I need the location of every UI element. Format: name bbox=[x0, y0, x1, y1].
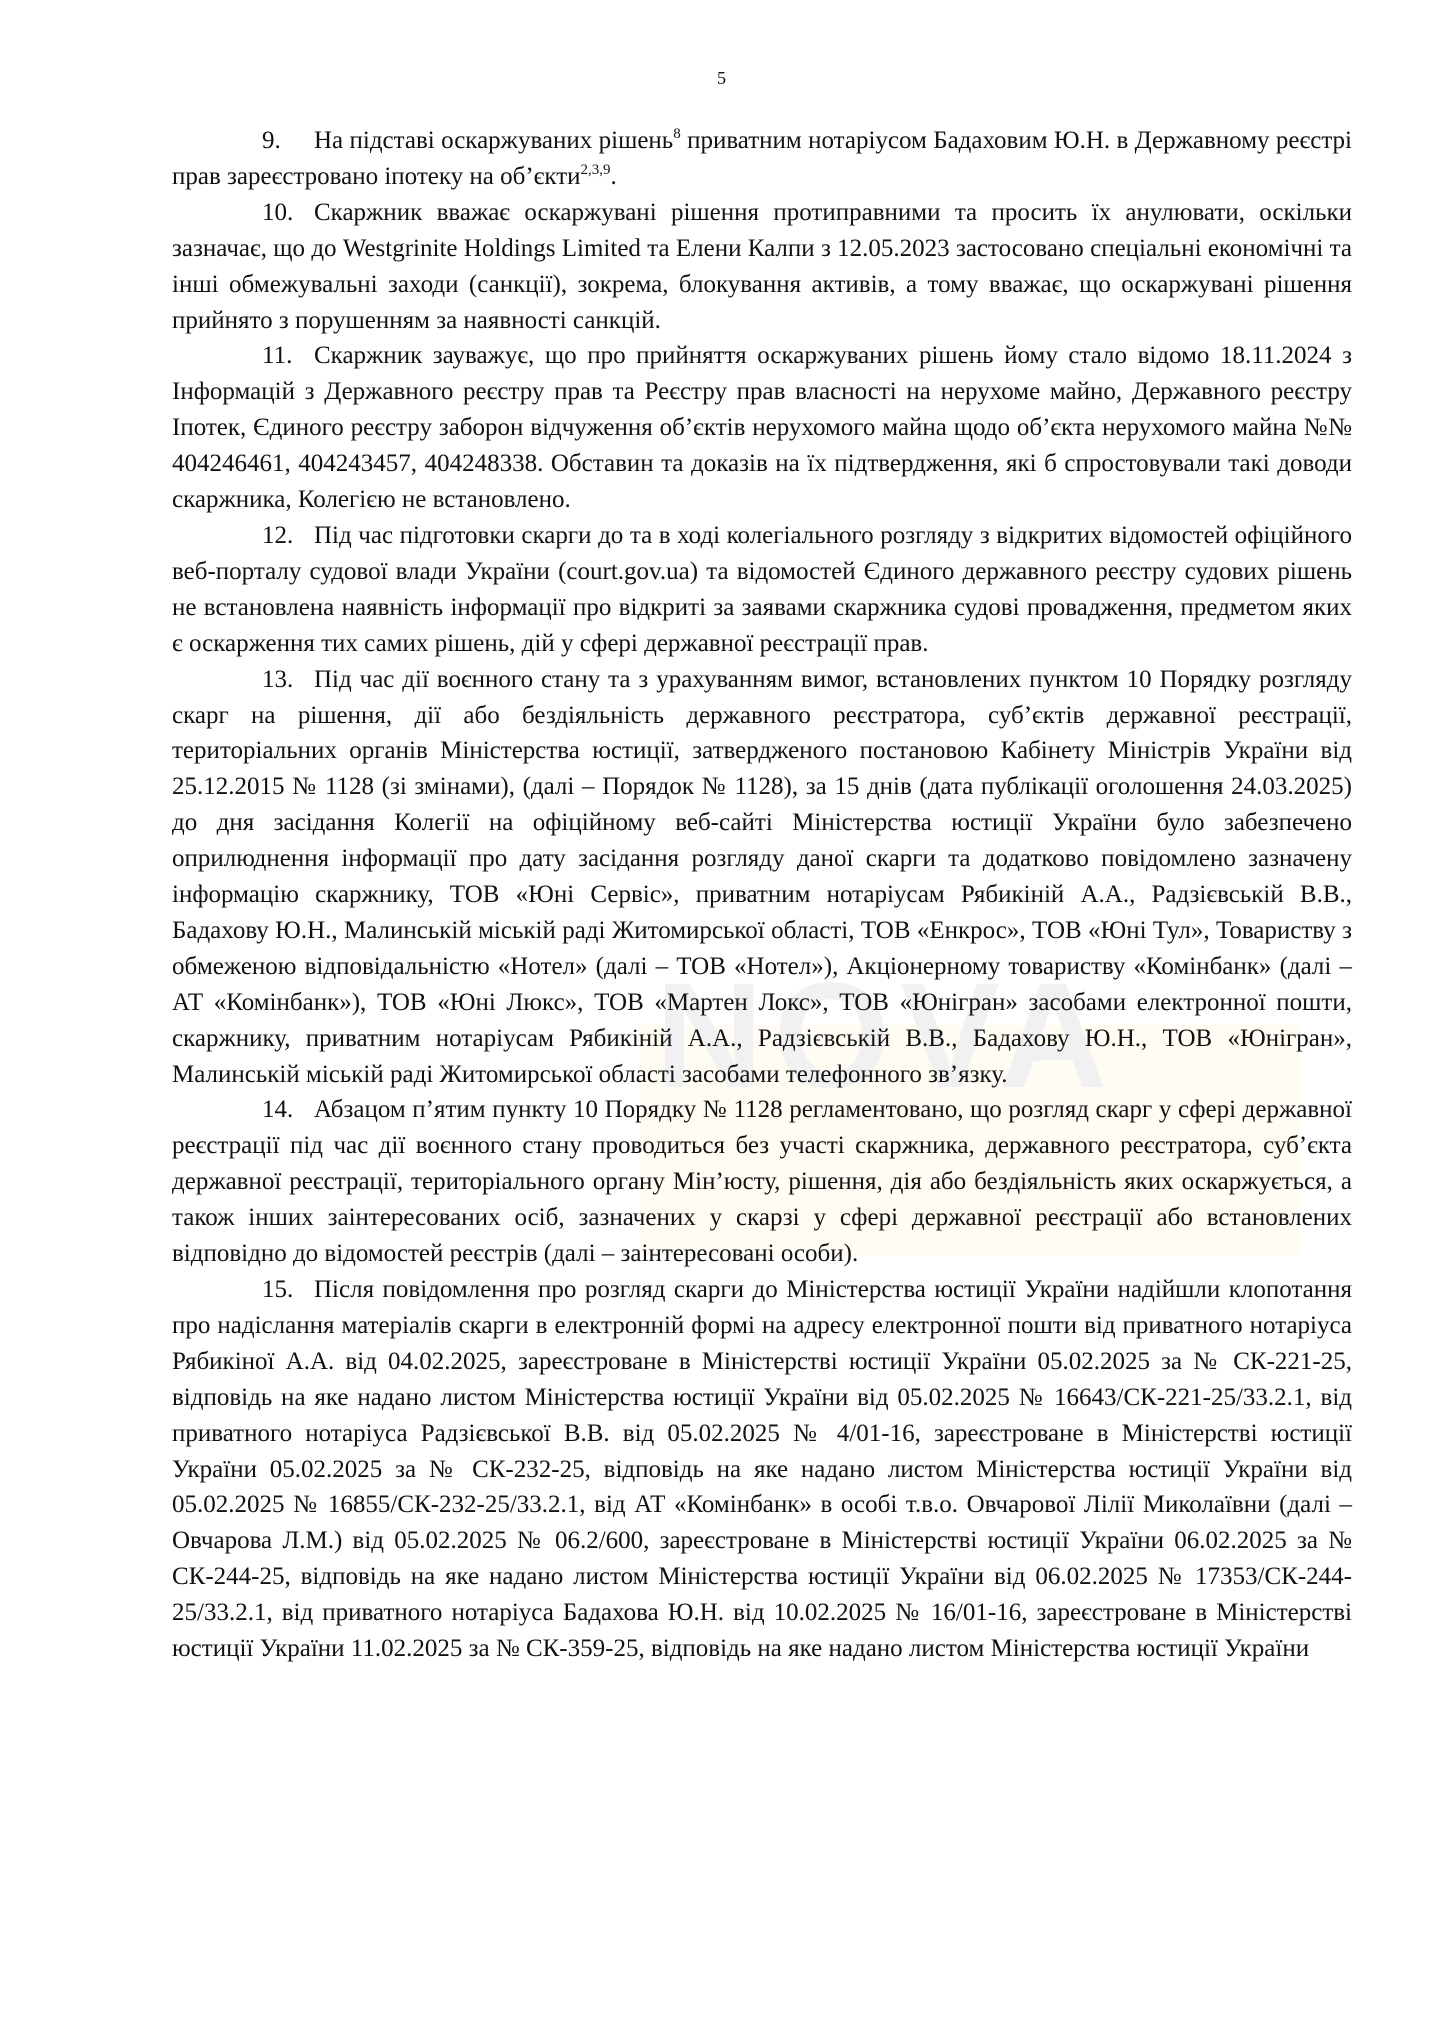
paragraph-number: 9. bbox=[262, 123, 314, 159]
page-number: 5 bbox=[0, 68, 1443, 89]
paragraph-text: . bbox=[611, 163, 617, 190]
paragraph-9: 9.На підставі оскаржуваних рішень8 прива… bbox=[172, 123, 1352, 195]
paragraph-number: 12. bbox=[262, 518, 314, 554]
paragraph-15: 15.Після повідомлення про розгляд скарги… bbox=[172, 1272, 1352, 1667]
paragraph-text: Під час дії воєнного стану та з урахуван… bbox=[172, 666, 1352, 1088]
paragraph-text: Абзацом п’ятим пункту 10 Порядку № 1128 … bbox=[172, 1096, 1352, 1267]
paragraph-text: На підставі оскаржуваних рішень bbox=[314, 127, 673, 154]
paragraph-11: 11.Скаржник зауважує, що про прийняття о… bbox=[172, 338, 1352, 518]
paragraph-12: 12.Під час підготовки скарги до та в ход… bbox=[172, 518, 1352, 662]
paragraph-text: Скаржник зауважує, що про прийняття оска… bbox=[172, 342, 1352, 513]
paragraph-number: 14. bbox=[262, 1092, 314, 1128]
paragraph-number: 15. bbox=[262, 1272, 314, 1308]
paragraph-text: Під час підготовки скарги до та в ході к… bbox=[172, 522, 1352, 657]
document-body: 9.На підставі оскаржуваних рішень8 прива… bbox=[172, 123, 1352, 1667]
paragraph-number: 10. bbox=[262, 195, 314, 231]
paragraph-number: 13. bbox=[262, 662, 314, 698]
footnote-ref: 2,3,9 bbox=[581, 162, 611, 178]
paragraph-14: 14.Абзацом п’ятим пункту 10 Порядку № 11… bbox=[172, 1092, 1352, 1272]
paragraph-text: Скаржник вважає оскаржувані рішення прот… bbox=[172, 199, 1352, 334]
paragraph-number: 11. bbox=[262, 338, 314, 374]
paragraph-10: 10.Скаржник вважає оскаржувані рішення п… bbox=[172, 195, 1352, 339]
paragraph-13: 13.Під час дії воєнного стану та з ураху… bbox=[172, 662, 1352, 1093]
paragraph-text: Після повідомлення про розгляд скарги до… bbox=[172, 1276, 1352, 1662]
footnote-ref: 8 bbox=[673, 126, 681, 142]
